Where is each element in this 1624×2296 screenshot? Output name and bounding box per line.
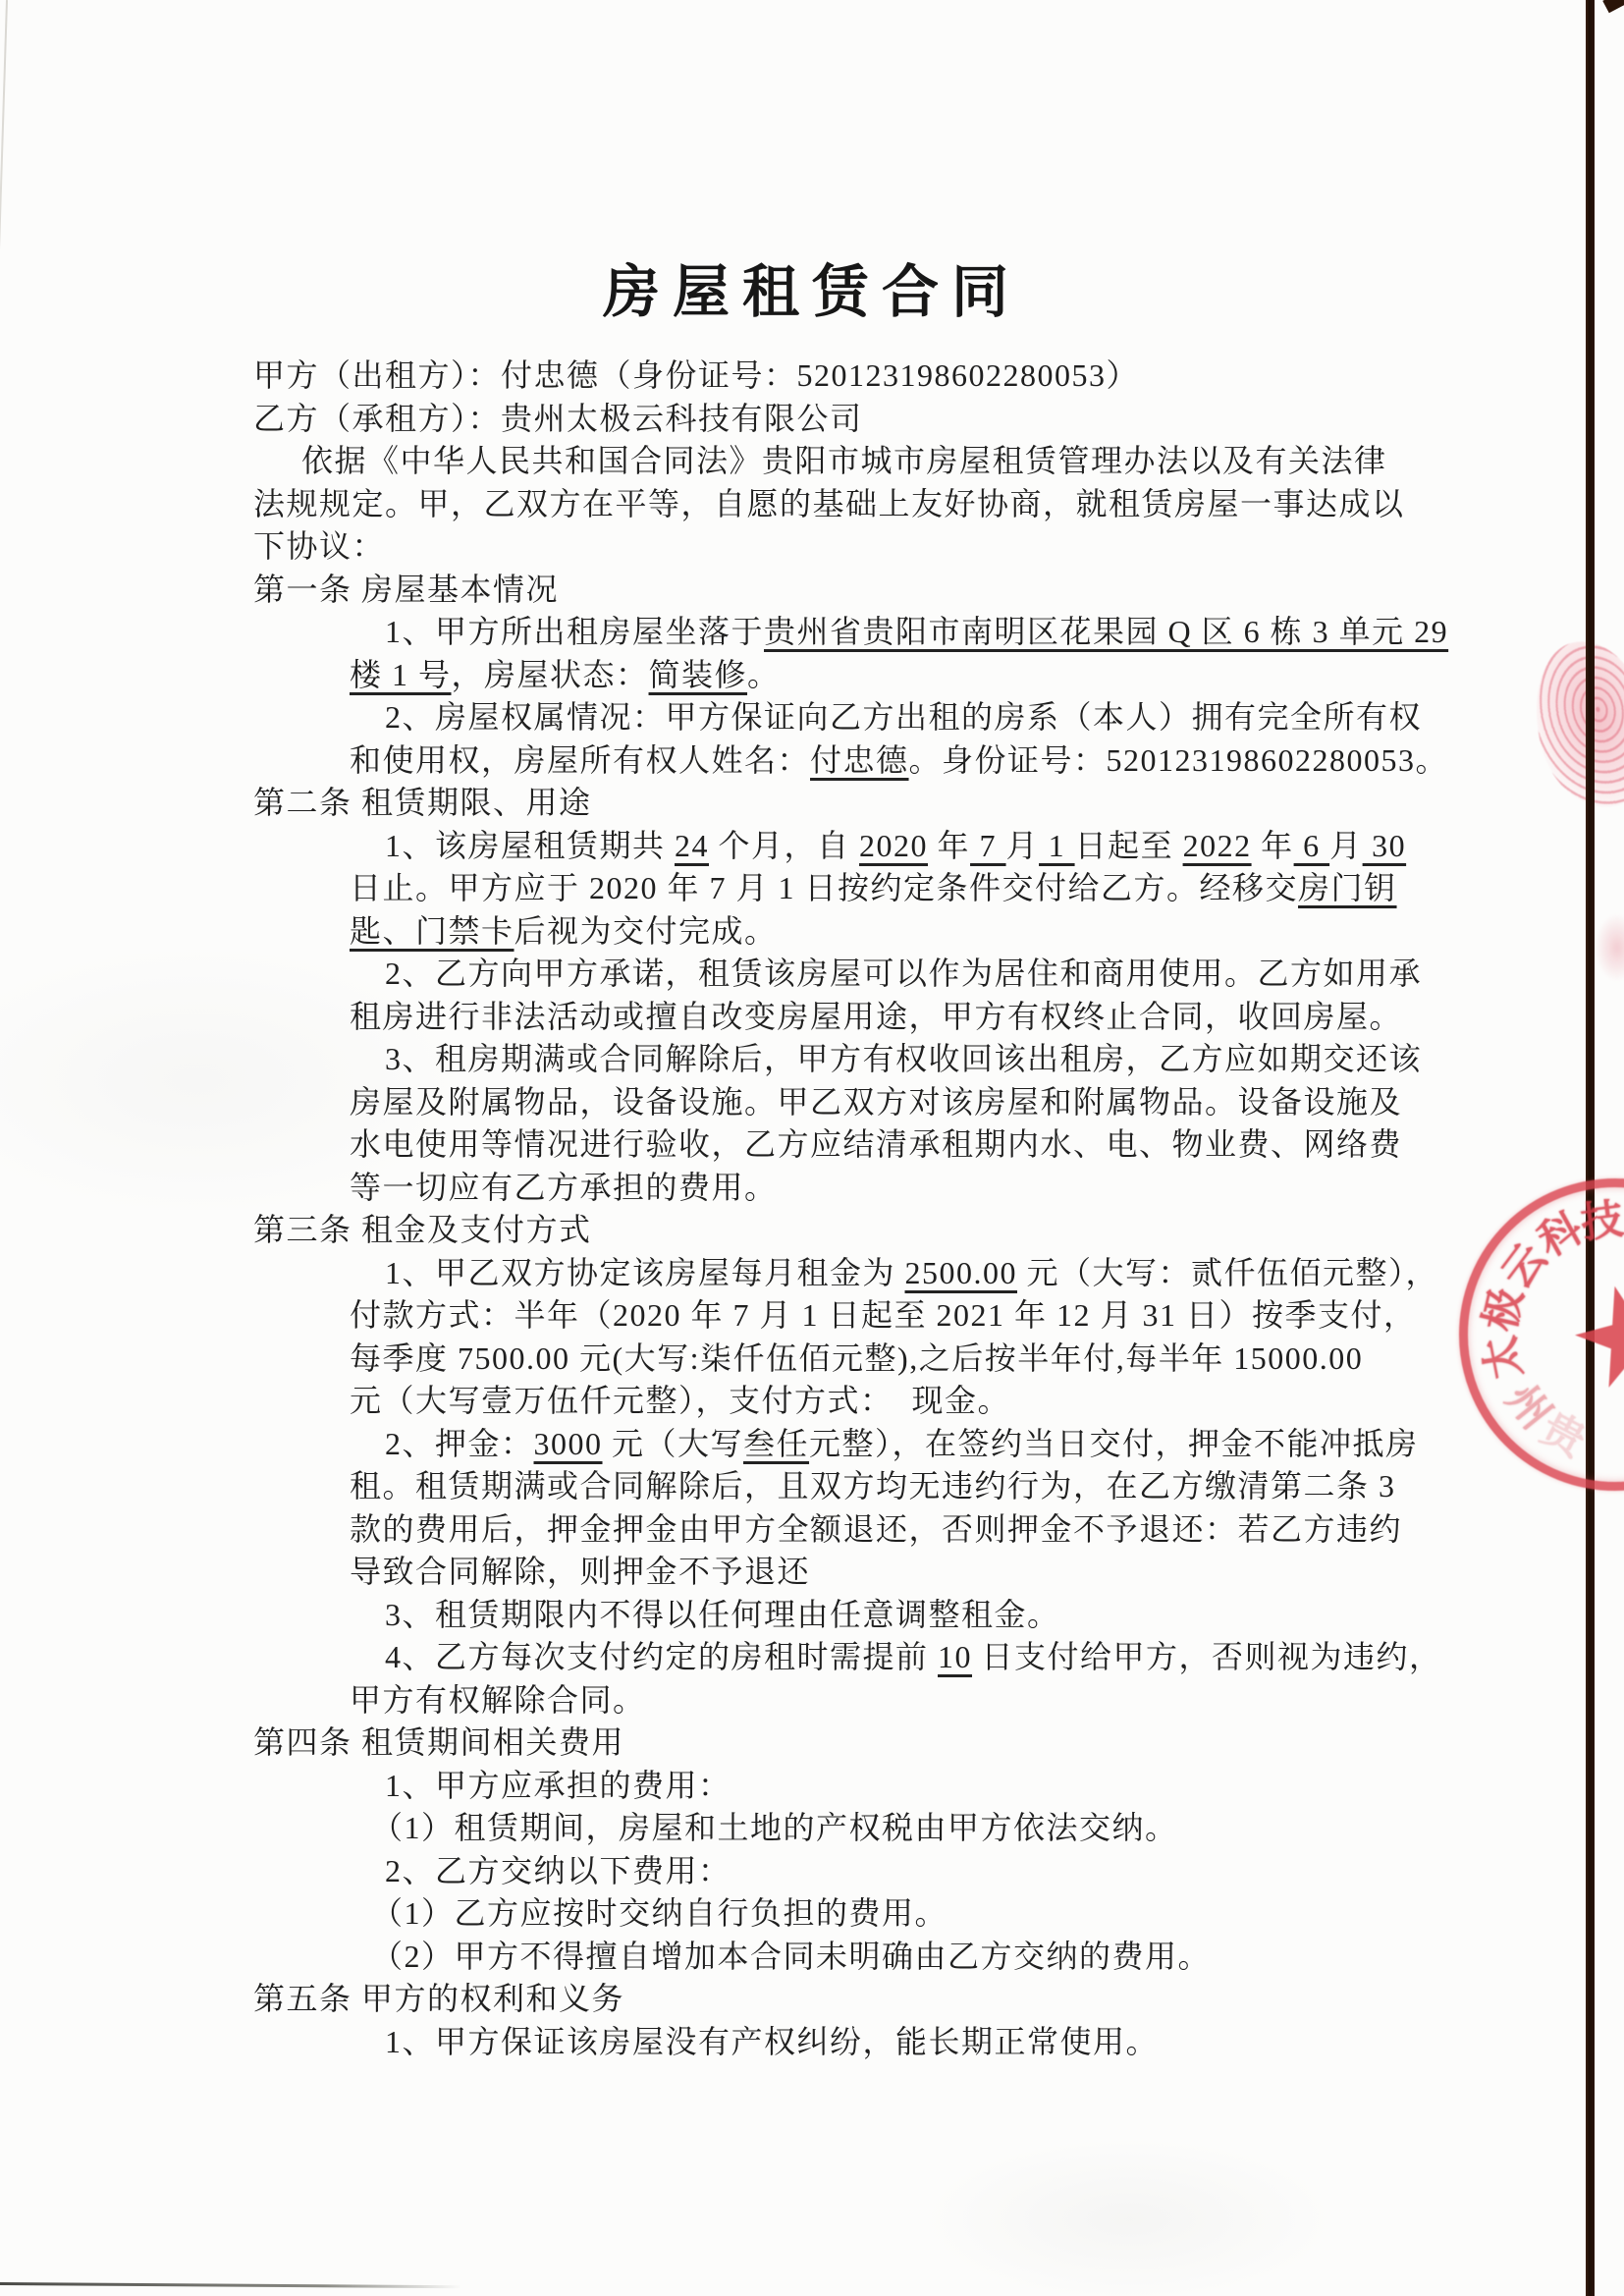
contract-text: 元（大写壹万伍仟元整），支付方式： 现金。: [350, 1383, 1010, 1418]
contract-text: 月: [1329, 828, 1363, 863]
contract-line: （2）甲方不得擅自增加本合同未明确由乙方交纳的费用。: [239, 1936, 1456, 1979]
contract-line: 甲方（出租方）：付忠德（身份证号：520123198602280053）: [239, 355, 1456, 398]
contract-line: 第三条 租金及支付方式: [239, 1209, 1456, 1252]
document-title: 房屋租赁合同: [0, 246, 1624, 328]
contract-line: （1）租赁期间，房屋和土地的产权税由甲方依法交纳。: [239, 1807, 1456, 1850]
contract-line: 每季度 7500.00 元(大写:柒仟伍佰元整),之后按半年付,每半年 1500…: [239, 1338, 1456, 1381]
contract-line: 付款方式：半年（2020 年 7 月 1 日起至 2021 年 12 月 31 …: [239, 1294, 1456, 1338]
contract-text: 3、租房期满或合同解除后，甲方有权收回该出租房，乙方应如期交还该: [385, 1041, 1422, 1076]
contract-text: 下协议：: [253, 528, 385, 564]
contract-text: 日起至: [1075, 828, 1183, 863]
contract-line: 依据《中华人民共和国合同法》贵阳市城市房屋租赁管理办法以及有关法律: [239, 440, 1456, 483]
contract-text: 1、甲方保证该房屋没有产权纠纷，能长期正常使用。: [385, 2024, 1159, 2059]
contract-text: 每季度 7500.00 元(大写:柒仟伍佰元整),之后按半年付,每半年 1500…: [350, 1340, 1363, 1376]
contract-text: 1、甲乙双方协定该房屋每月租金为: [385, 1255, 905, 1290]
contract-line: 1、甲方应承担的费用：: [239, 1765, 1456, 1808]
contract-text: 3、租赁期限内不得以任何理由任意调整租金。: [385, 1597, 1060, 1632]
contract-line: 3、租房期满或合同解除后，甲方有权收回该出租房，乙方应如期交还该: [239, 1038, 1456, 1081]
contract-text: 第三条 租金及支付方式: [253, 1212, 592, 1247]
filled-blank-text: 匙、门禁卡: [350, 913, 514, 949]
contract-text: 依据《中华人民共和国合同法》贵阳市城市房屋租赁管理办法以及有关法律: [301, 443, 1387, 478]
contract-body: 甲方（出租方）：付忠德（身份证号：520123198602280053）乙方（承…: [239, 355, 1456, 2063]
contract-text: 第五条 甲方的权利和义务: [253, 1981, 624, 2016]
contract-line: 1、甲乙双方协定该房屋每月租金为 2500.00 元（大写：贰仟伍佰元整），: [239, 1252, 1456, 1295]
contract-text: （2）甲方不得擅自增加本合同未明确由乙方交纳的费用。: [371, 1939, 1211, 1974]
contract-line: （1）乙方应按时交纳自行负担的费用。: [239, 1892, 1456, 1936]
contract-line: 4、乙方每次支付约定的房租时需提前 10 日支付给甲方，否则视为违约，: [239, 1636, 1456, 1679]
contract-line: 房屋及附属物品，设备设施。甲乙双方对该房屋和附属物品。设备设施及: [239, 1081, 1456, 1124]
contract-text: 租房进行非法活动或擅自改变房屋用途，甲方有权终止合同，收回房屋。: [350, 999, 1402, 1034]
filled-blank-text: 付忠德: [810, 742, 909, 778]
contract-line: 和使用权，房屋所有权人姓名：付忠德。身份证号：52012319860228005…: [239, 739, 1456, 783]
contract-line: 1、甲方保证该房屋没有产权纠纷，能长期正常使用。: [239, 2021, 1456, 2064]
contract-text: 后视为交付完成。: [514, 913, 778, 949]
contract-text: 第二条 租赁期限、用途: [253, 785, 592, 820]
contract-line: 乙方（承租方）：贵州太极云科技有限公司: [239, 398, 1456, 441]
company-seal-stamp: 贵州太极云科技: [1459, 1178, 1624, 1491]
contract-text: 元（大写：贰仟伍佰元整），: [1017, 1255, 1438, 1290]
contract-text: 和使用权，房屋所有权人姓名：: [350, 742, 810, 778]
filled-blank-text: 24: [675, 828, 709, 863]
contract-line: 1、该房屋租赁期共 24 个月，自 2020 年 7 月 1 日起至 2022 …: [239, 825, 1456, 868]
filled-blank-text: 叁任: [743, 1426, 809, 1461]
filled-blank-text: 3000: [534, 1426, 603, 1461]
filled-blank-text: 7: [970, 828, 1006, 863]
contract-text: 导致合同解除，则押金不予退还: [350, 1554, 810, 1589]
contract-text: 月: [1006, 828, 1040, 863]
contract-line: 法规规定。甲，乙双方在平等，自愿的基础上友好协商，就租赁房屋一事达成以: [239, 483, 1456, 526]
contract-text: （1）乙方应按时交纳自行负担的费用。: [371, 1895, 947, 1931]
contract-line: 第一条 房屋基本情况: [239, 569, 1456, 612]
contract-text: 租。租赁期满或合同解除后，且双方均无违约行为，在乙方缴清第二条 3: [350, 1468, 1396, 1503]
contract-text: 年: [928, 828, 970, 863]
filled-blank-text: 2022: [1183, 828, 1252, 863]
filled-blank-text: 楼 1 号: [350, 657, 452, 692]
filled-blank-text: 2500.00: [905, 1255, 1018, 1290]
contract-text: 年: [1252, 828, 1294, 863]
contract-line: 2、乙方向甲方承诺，租赁该房屋可以作为居住和商用使用。乙方如用承: [239, 953, 1456, 996]
filled-blank-text: 2020: [859, 828, 928, 863]
contract-text: 日支付给甲方，否则视为违约，: [972, 1639, 1442, 1674]
contract-text: 日止。甲方应于 2020 年 7 月 1 日按约定条件交付给乙方。经移交: [350, 870, 1298, 905]
contract-text: 第一条 房屋基本情况: [253, 572, 559, 607]
scanned-contract-page: 房屋租赁合同 甲方（出租方）：付忠德（身份证号：5201231986022800…: [0, 0, 1624, 2296]
contract-text: 第四条 租赁期间相关费用: [253, 1724, 624, 1760]
contract-text: 等一切应有乙方承担的费用。: [350, 1170, 778, 1205]
contract-text: （1）租赁期间，房屋和土地的产权税由甲方依法交纳。: [371, 1810, 1178, 1845]
contract-text: 元（大写: [603, 1426, 744, 1461]
contract-line: 2、乙方交纳以下费用：: [239, 1850, 1456, 1893]
contract-line: 元（大写壹万伍仟元整），支付方式： 现金。: [239, 1380, 1456, 1423]
contract-text: 2、房屋权属情况：甲方保证向乙方出租的房系（本人）拥有完全所有权: [385, 699, 1422, 735]
contract-line: 水电使用等情况进行验收，乙方应结清承租期内水、电、物业费、网络费: [239, 1123, 1456, 1167]
contract-text: 款的费用后，押金押金由甲方全额退还，否则押金不予退还：若乙方违约: [350, 1511, 1402, 1547]
contract-line: 3、租赁期限内不得以任何理由任意调整租金。: [239, 1594, 1456, 1637]
contract-text: 1、甲方所出租房屋坐落于: [385, 614, 764, 649]
contract-text: 2、乙方向甲方承诺，租赁该房屋可以作为居住和商用使用。乙方如用承: [385, 956, 1422, 991]
contract-line: 甲方有权解除合同。: [239, 1679, 1456, 1722]
seal-arc-character: 技: [1578, 1198, 1624, 1246]
contract-text: 乙方（承租方）：贵州太极云科技有限公司: [253, 401, 863, 436]
contract-line: 2、押金：3000 元（大写叁任元整），在签约当日交付，押金不能冲抵房: [239, 1423, 1456, 1466]
filled-blank-text: 贵州省贵阳市南明区花果园 Q 区 6 栋 3 单元 29: [764, 614, 1448, 649]
contract-line: 第五条 甲方的权利和义务: [239, 1978, 1456, 2021]
filled-blank-text: 1: [1039, 828, 1075, 863]
contract-line: 租房进行非法活动或擅自改变房屋用途，甲方有权终止合同，收回房屋。: [239, 996, 1456, 1039]
contract-text: 。: [747, 657, 781, 692]
contract-line: 下协议：: [239, 525, 1456, 569]
contract-line: 1、甲方所出租房屋坐落于贵州省贵阳市南明区花果园 Q 区 6 栋 3 单元 29: [239, 611, 1456, 654]
contract-line: 租。租赁期满或合同解除后，且双方均无违约行为，在乙方缴清第二条 3: [239, 1465, 1456, 1508]
contract-line: 第二条 租赁期限、用途: [239, 782, 1456, 825]
contract-text: 1、甲方应承担的费用：: [385, 1768, 731, 1803]
contract-text: 。身份证号：520123198602280053。: [909, 742, 1449, 778]
contract-line: 款的费用后，押金押金由甲方全额退还，否则押金不予退还：若乙方违约: [239, 1508, 1456, 1552]
contract-text: 个月，自: [709, 828, 859, 863]
contract-text: 2、乙方交纳以下费用：: [385, 1853, 731, 1888]
fingerprint-mark: [1519, 629, 1624, 820]
contract-line: 2、房屋权属情况：甲方保证向乙方出租的房系（本人）拥有完全所有权: [239, 696, 1456, 739]
contract-line: 日止。甲方应于 2020 年 7 月 1 日按约定条件交付给乙方。经移交房门钥: [239, 867, 1456, 910]
filled-blank-text: 6: [1294, 828, 1330, 863]
contract-line: 第四条 租赁期间相关费用: [239, 1722, 1456, 1765]
contract-text: 4、乙方每次支付约定的房租时需提前: [385, 1639, 938, 1674]
page-bottom-edge: [0, 2282, 461, 2288]
contract-text: 1、该房屋租赁期共: [385, 828, 675, 863]
contract-line: 匙、门禁卡后视为交付完成。: [239, 910, 1456, 954]
contract-text: 水电使用等情况进行验收，乙方应结清承租期内水、电、物业费、网络费: [350, 1126, 1402, 1162]
contract-line: 等一切应有乙方承担的费用。: [239, 1167, 1456, 1210]
corner-scan-artifact: [1602, 0, 1624, 13]
contract-text: 甲方（出租方）：付忠德（身份证号：520123198602280053）: [253, 357, 1139, 393]
fingerprint-smudge: [1595, 913, 1624, 982]
filled-blank-text: 房门钥: [1298, 870, 1397, 905]
contract-text: 法规规定。甲，乙双方在平等，自愿的基础上友好协商，就租赁房屋一事达成以: [253, 486, 1405, 521]
page-fold-line: [1586, 0, 1595, 2296]
contract-text: 甲方有权解除合同。: [350, 1682, 646, 1718]
contract-text: 房屋及附属物品，设备设施。甲乙双方对该房屋和附属物品。设备设施及: [350, 1084, 1402, 1120]
contract-text: 付款方式：半年（2020 年 7 月 1 日起至 2021 年 12 月 31 …: [350, 1297, 1417, 1333]
filled-blank-text: 简装修: [649, 657, 748, 692]
contract-text: 元整），在签约当日交付，押金不能冲抵房: [809, 1426, 1419, 1461]
seal-arc-character: 太: [1479, 1332, 1530, 1383]
filled-blank-text: 10: [938, 1639, 972, 1674]
contract-line: 导致合同解除，则押金不予退还: [239, 1551, 1456, 1594]
contract-text: 2、押金：: [385, 1426, 534, 1461]
contract-line: 楼 1 号，房屋状态：简装修。: [239, 654, 1456, 697]
filled-blank-text: 30: [1363, 828, 1407, 863]
contract-text: ，房屋状态：: [452, 657, 649, 692]
